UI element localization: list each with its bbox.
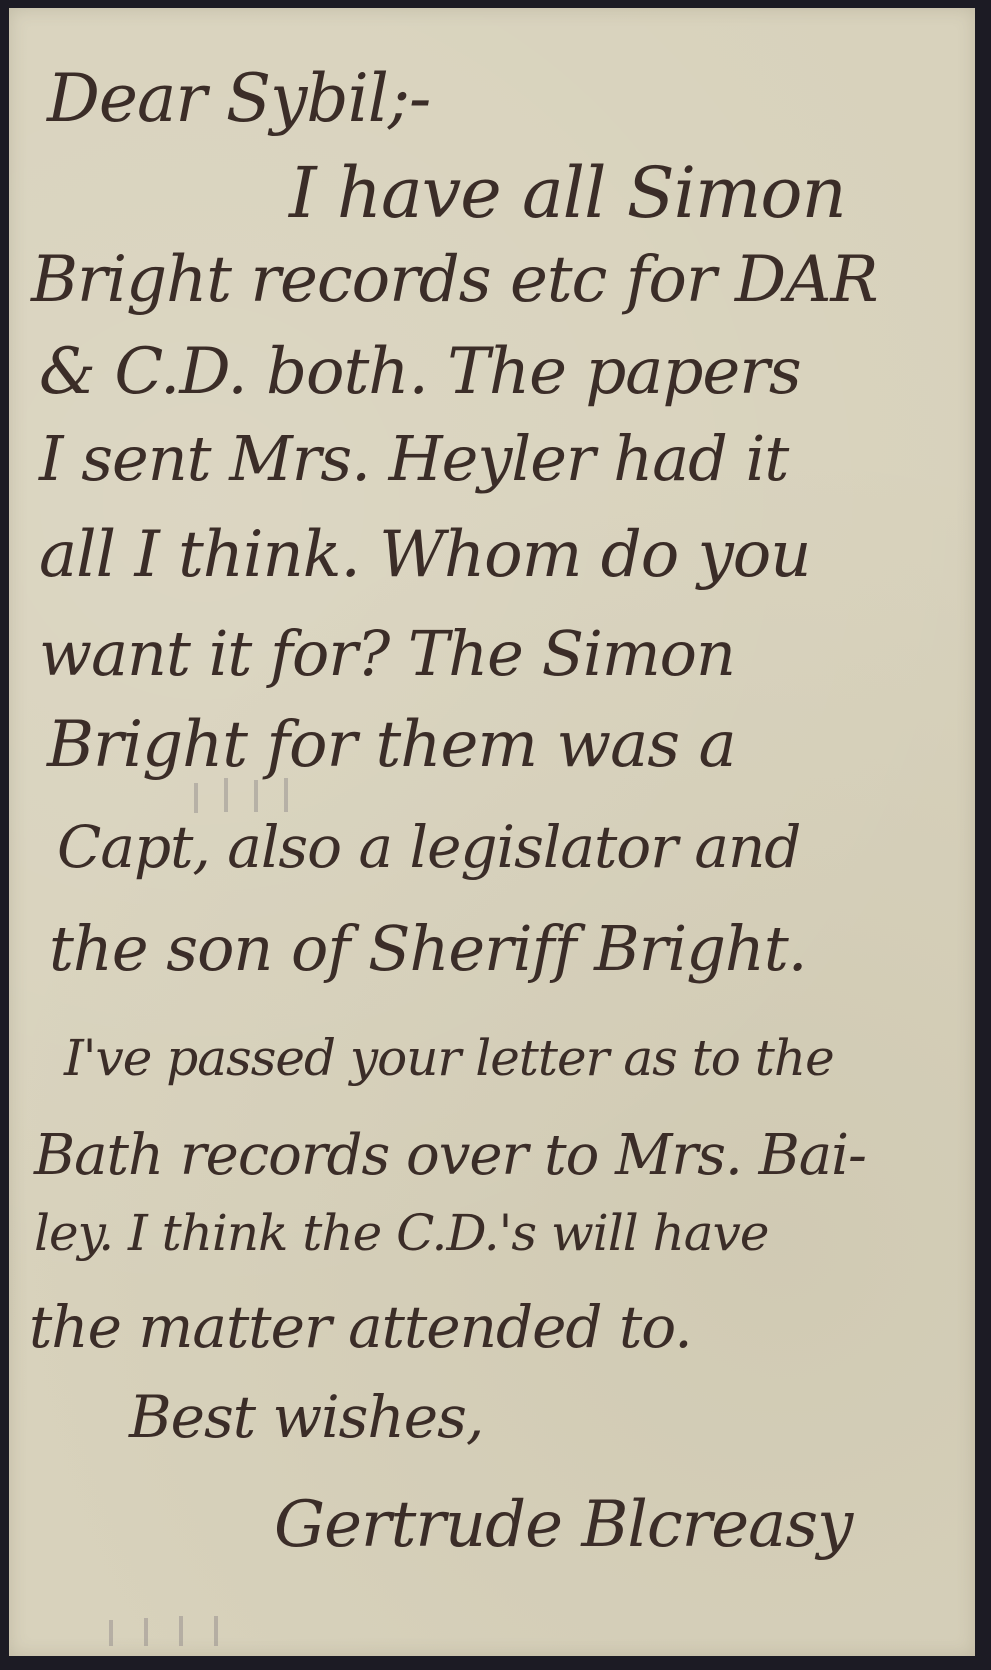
body-line-9: the son of Sheriff Bright.	[49, 918, 806, 980]
signature: Gertrude Blcreasy	[274, 1493, 852, 1557]
postmark-mark	[179, 1616, 183, 1646]
postmark-mark	[194, 783, 198, 813]
body-line-10: I've passed your letter as to the	[64, 1033, 834, 1083]
body-line-4: I sent Mrs. Heyler had it	[39, 428, 788, 490]
postmark-mark	[109, 1620, 113, 1646]
body-line-2: Bright records etc for DAR	[31, 248, 878, 312]
salutation: Dear Sybil;-	[47, 66, 430, 132]
postmark-mark	[224, 778, 228, 812]
body-line-1: I have all Simon	[289, 158, 846, 228]
postmark-mark	[254, 780, 258, 812]
body-line-8: Capt, also a legislator and	[57, 818, 800, 876]
body-line-11: Bath records over to Mrs. Bai-	[34, 1128, 866, 1184]
closing: Best wishes,	[129, 1388, 483, 1446]
body-line-5: all I think. Whom do you	[39, 523, 810, 587]
body-line-12: ley. I think the C.D.'s will have	[34, 1208, 768, 1258]
postmark-mark	[284, 778, 288, 812]
body-line-13: the matter attended to.	[29, 1298, 692, 1356]
postmark-mark	[214, 1616, 218, 1646]
postcard: Dear Sybil;- I have all Simon Bright rec…	[9, 8, 975, 1656]
body-line-7: Bright for them was a	[47, 713, 736, 777]
postmark-mark	[144, 1618, 148, 1646]
body-line-6: want it for? The Simon	[39, 623, 735, 685]
body-line-3: & C.D. both. The papers	[39, 340, 801, 404]
